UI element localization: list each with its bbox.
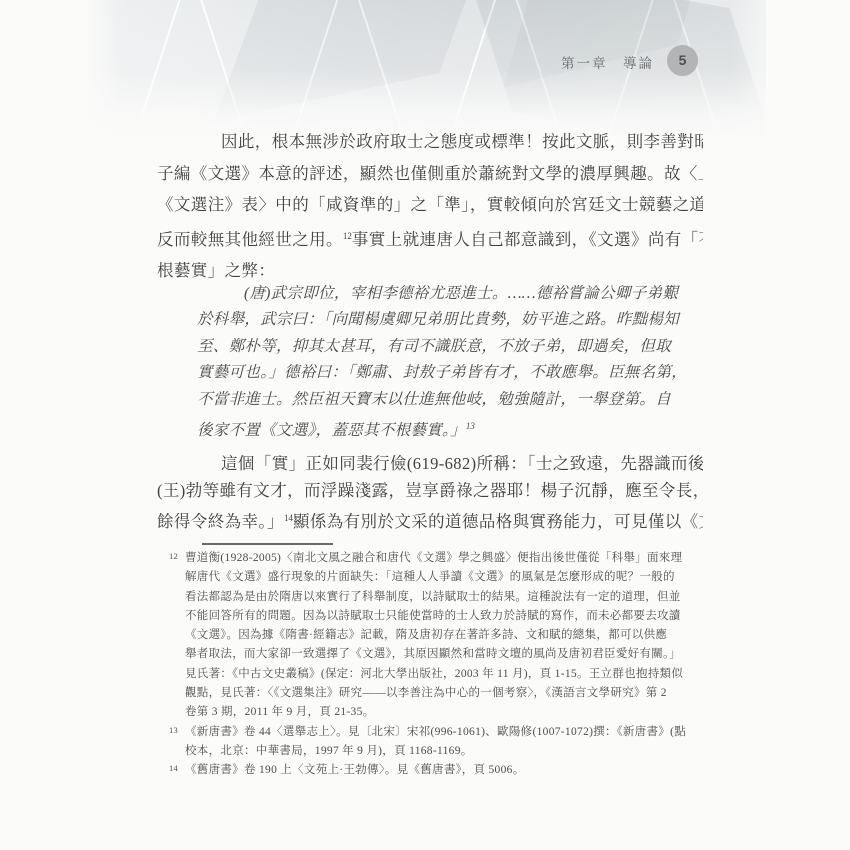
text-segment: 後家不置《文選》，蓋惡其不根藝實。」 (197, 422, 466, 439)
text-segment: 見氏著：《中古文史叢稿》(保定：河北大學出版社，2003 年 11 月)，頁 1… (185, 668, 683, 680)
body-text: 因此，根本無涉於政府取士之態度或標準！按此文脈，則李善對昭明太子編《文選》本意的… (157, 126, 703, 535)
text-line: 解唐代《文選》盛行現象的片面缺失：「這種人人爭讀《文選》的風氣是怎麼形成的呢？一… (185, 568, 710, 587)
book-page: 第一章 導論 5 因此，根本無涉於政府取士之態度或標準！按此文脈，則李善對昭明太… (0, 0, 850, 850)
text-line: 13《新唐書》卷 44〈選舉志上〉。見〔北宋〕宋祁(996-1061)、歐陽修(… (185, 723, 710, 742)
text-line: 子編《文選》本意的評述，顯然也僅側重於蕭統對文學的濃厚興趣。故〈上 (157, 158, 703, 190)
text-line: 於科舉，武宗曰：「向聞楊虞卿兄弟朋比貴勢，妨平進之路。昨黜楊知 (197, 307, 702, 334)
text-line: 《文選注》表〉中的「咸資準的」之「準」，實較傾向於宮廷文士競藝之道， (157, 189, 703, 221)
paragraph: 因此，根本無涉於政府取士之態度或標準！按此文脈，則李善對昭明太子編《文選》本意的… (157, 126, 703, 287)
text-segment: 根藝實」之弊： (157, 261, 275, 280)
footnote-ref: 13 (466, 421, 475, 431)
text-line: 因此，根本無涉於政府取士之態度或標準！按此文脈，則李善對昭明太 (157, 126, 703, 158)
text-line: 觀點，見氏著：〈《文選集注》研究——以李善注為中心的一個考察〉，《漢語言文學研究… (185, 684, 710, 703)
text-segment: 《文選注》表〉中的「咸資準的」之「準」，實較傾向於宮廷文士競藝之道， (157, 195, 703, 214)
decoration-diamond-patch (214, 0, 491, 121)
text-segment: 看法都認為是由於隋唐以來實行了科舉制度，以詩賦取士的結果。這種說法有一定的道理，… (185, 591, 681, 603)
text-line: 後家不置《文選》，蓋惡其不根藝實。」13 (197, 413, 702, 445)
text-line: 見氏著：《中古文史叢稿》(保定：河北大學出版社，2003 年 11 月)，頁 1… (185, 665, 710, 684)
footnote-rule (202, 543, 333, 545)
text-segment: 實藝可也。」德裕曰：「鄭肅、封敖子弟皆有才，不敢應舉。臣無名第， (197, 364, 687, 381)
running-head-chapter: 第一章 導論 (561, 52, 654, 72)
text-segment: 這個「實」正如同裴行儉(619-682)所稱：「士之致遠，先器識而後文藝。 (221, 454, 703, 473)
header-decoration (88, 0, 766, 140)
text-segment: 卷第 3 期，2011 年 9 月，頁 21-35。 (185, 706, 374, 718)
text-segment: 餘得令終為幸。」 (157, 512, 284, 531)
text-line: 卷第 3 期，2011 年 9 月，頁 21-35。 (185, 703, 710, 722)
text-line: 至、鄭朴等，抑其太甚耳，有司不識朕意，不放子弟，即過矣，但取 (197, 334, 702, 361)
footnotes: 12曹道衡(1928-2005)〈南北文風之融合和唐代《文選》學之興盛〉便指出後… (185, 549, 710, 781)
text-line: 餘得令終為幸。」14顯係為有別於文采的道德品格與實務能力，可見僅以《文 (157, 505, 703, 536)
text-line: 這個「實」正如同裴行儉(619-682)所稱：「士之致遠，先器識而後文藝。 (157, 450, 703, 478)
text-segment: 不能回答所有的問題。因為以詩賦取士只能使當時的士人致力於詩賦的寫作，而未必都要去… (185, 610, 681, 622)
text-segment: 曹道衡(1928-2005)〈南北文風之融合和唐代《文選》學之興盛〉便指出後世僅… (185, 552, 682, 564)
text-segment: (唐)武宗即位，宰相李德裕尤惡進士。……德裕嘗論公卿子弟艱 (244, 285, 678, 302)
text-line: 舉者取法，而大家卻一致選擇了《文選》，其原因顯然和當時文壇的風尚及唐初君臣愛好有… (185, 645, 710, 664)
text-segment: 校本，北京：中華書局，1997 年 9 月)，頁 1168-1169。 (185, 745, 473, 757)
text-segment: 顯係為有別於文采的道德品格與實務能力，可見僅以《文 (293, 512, 703, 531)
paragraph: 這個「實」正如同裴行儉(619-682)所稱：「士之致遠，先器識而後文藝。(王)… (157, 450, 703, 536)
text-segment: 至、鄭朴等，抑其太甚耳，有司不識朕意，不放子弟，即過矣，但取 (197, 338, 671, 355)
text-line: 反而較無其他經世之用。12事實上就連唐人自己都意識到，《文選》尚有「不 (157, 221, 703, 256)
text-segment: 《文選》。因為據《隋書·經籍志》記載，隋及唐初存在著許多詩、文和賦的總集，都可以… (185, 629, 667, 641)
text-segment: 《舊唐書》卷 190 上〈文苑上·王勃傳〉。見《舊唐書》，頁 5006。 (185, 764, 525, 776)
text-line: (唐)武宗即位，宰相李德裕尤惡進士。……德裕嘗論公卿子弟艱 (197, 281, 702, 308)
text-line: (王)勃等雖有文才，而浮躁淺露，豈享爵祿之器耶！楊子沉靜，應至令長， (157, 477, 703, 505)
text-segment: 觀點，見氏著：〈《文選集注》研究——以李善注為中心的一個考察〉，《漢語言文學研究… (185, 687, 667, 699)
text-line: 《文選》。因為據《隋書·經籍志》記載，隋及唐初存在著許多詩、文和賦的總集，都可以… (185, 626, 710, 645)
footnote-ref: 14 (284, 513, 293, 523)
text-segment: 事實上就連唐人自己都意識到，《文選》尚有「不 (352, 230, 703, 249)
text-segment: 解唐代《文選》盛行現象的片面缺失：「這種人人爭讀《文選》的風氣是怎麼形成的呢？一… (185, 571, 675, 583)
text-segment: 舉者取法，而大家卻一致選擇了《文選》，其原因顯然和當時文壇的風尚及唐初君臣愛好有… (185, 648, 681, 660)
text-line: 14《舊唐書》卷 190 上〈文苑上·王勃傳〉。見《舊唐書》，頁 5006。 (185, 761, 710, 780)
page-number-badge: 5 (667, 45, 698, 76)
text-line: 實藝可也。」德裕曰：「鄭肅、封敖子弟皆有才，不敢應舉。臣無名第， (197, 360, 702, 387)
text-line: 不當非進士。然臣祖天寶末以仕進無他岐，勉強隨計，一舉登第。自 (197, 387, 702, 414)
text-segment: 不當非進士。然臣祖天寶末以仕進無他岐，勉強隨計，一舉登第。自 (197, 391, 671, 408)
text-segment: (王)勃等雖有文才，而浮躁淺露，豈享爵祿之器耶！楊子沉靜，應至令長， (157, 481, 703, 500)
text-line: 12曹道衡(1928-2005)〈南北文風之融合和唐代《文選》學之興盛〉便指出後… (185, 549, 710, 568)
text-segment: 因此，根本無涉於政府取士之態度或標準！按此文脈，則李善對昭明太 (221, 132, 703, 151)
footnote: 14《舊唐書》卷 190 上〈文苑上·王勃傳〉。見《舊唐書》，頁 5006。 (185, 761, 710, 780)
text-segment: 《新唐書》卷 44〈選舉志上〉。見〔北宋〕宋祁(996-1061)、歐陽修(10… (185, 726, 686, 738)
text-line: 校本，北京：中華書局，1997 年 9 月)，頁 1168-1169。 (185, 742, 710, 761)
text-segment: 反而較無其他經世之用。 (157, 230, 343, 249)
footnote: 12曹道衡(1928-2005)〈南北文風之融合和唐代《文選》學之興盛〉便指出後… (185, 549, 710, 723)
footnote-ref: 12 (343, 231, 352, 241)
text-segment: 於科舉，武宗曰：「向聞楊虞卿兄弟朋比貴勢，妨平進之路。昨黜楊知 (197, 311, 679, 328)
text-line: 看法都認為是由於隋唐以來實行了科舉制度，以詩賦取士的結果。這種說法有一定的道理，… (185, 588, 710, 607)
text-line: 不能回答所有的問題。因為以詩賦取士只能使當時的士人致力於詩賦的寫作，而未必都要去… (185, 607, 710, 626)
footnote: 13《新唐書》卷 44〈選舉志上〉。見〔北宋〕宋祁(996-1061)、歐陽修(… (185, 723, 710, 762)
text-segment: 子編《文選》本意的評述，顯然也僅側重於蕭統對文學的濃厚興趣。故〈上 (157, 164, 703, 183)
quote-block: (唐)武宗即位，宰相李德裕尤惡進士。……德裕嘗論公卿子弟艱於科舉，武宗曰：「向聞… (197, 281, 702, 445)
